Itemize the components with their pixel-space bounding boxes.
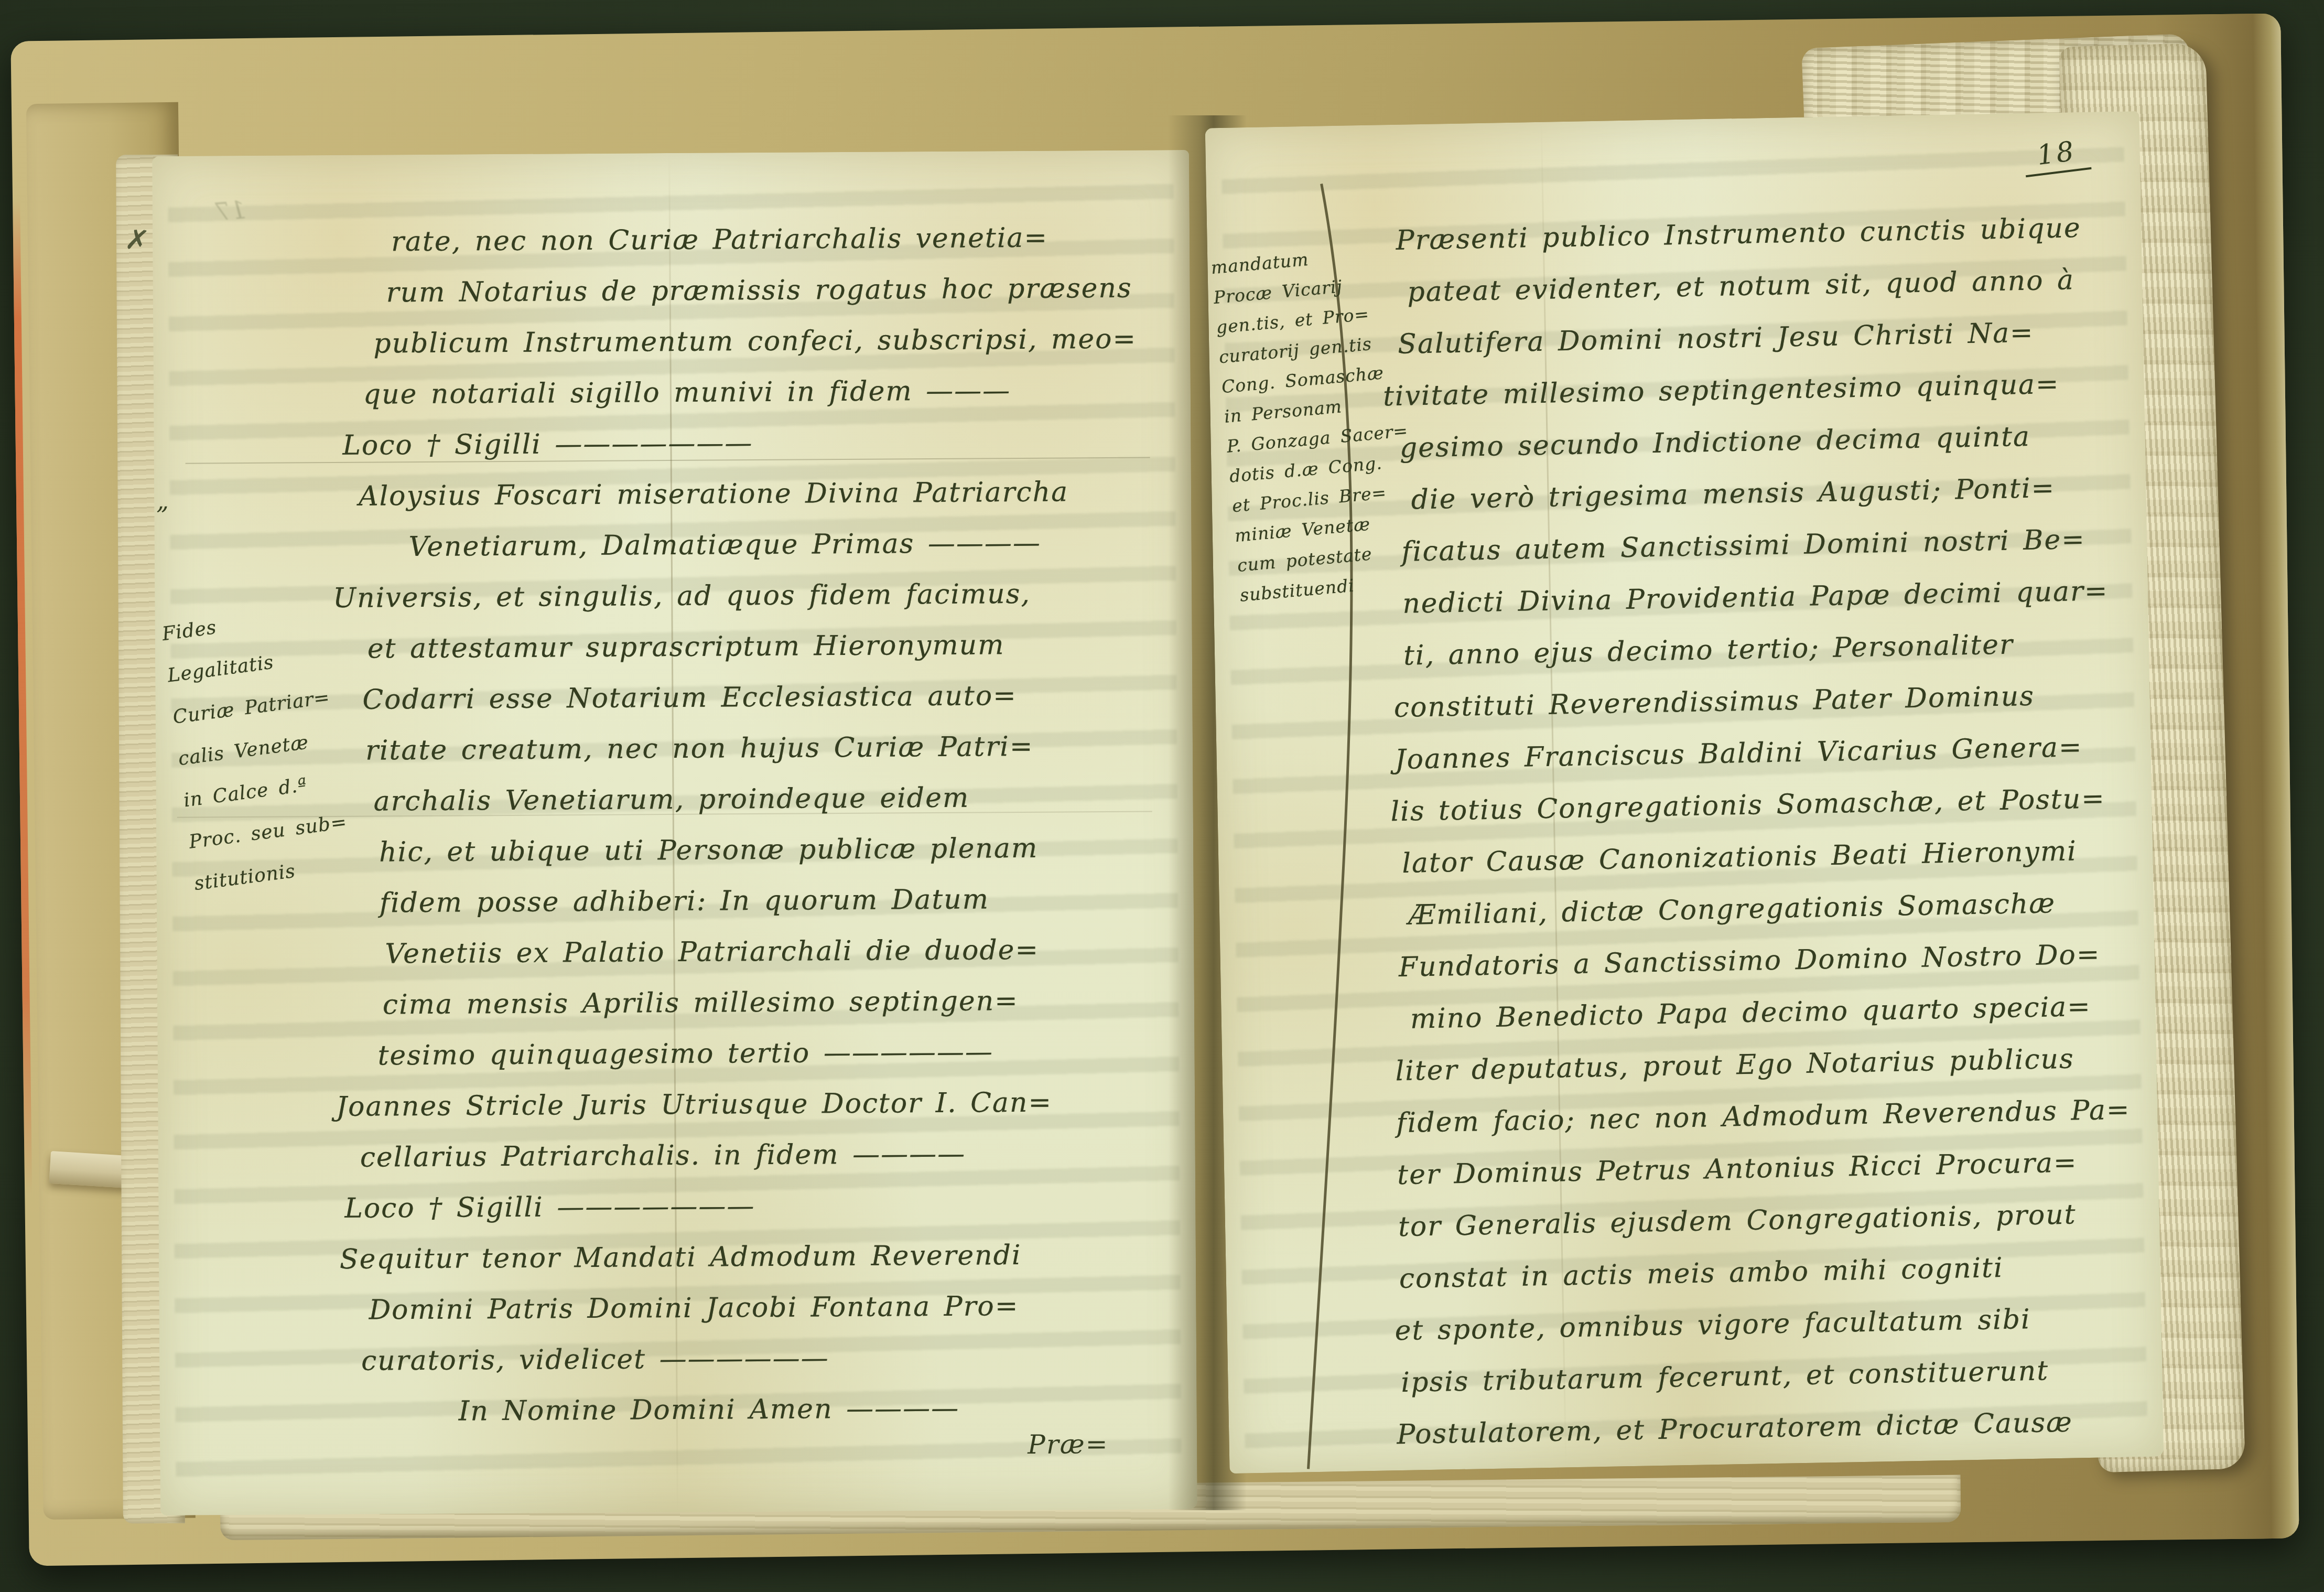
manuscript-text-line: ritate creatum, nec non hujus Curiæ Patr… [365, 721, 1139, 777]
manuscript-text-line: fidem posse adhiberi: In quorum Datum [380, 874, 1140, 929]
left-page-text: rate, nec non Curiæ Patriarchalis veneti… [326, 212, 1143, 1438]
catchword: Præ= [1028, 1429, 1109, 1460]
manuscript-text-line: Joannes Stricle Juris Utriusque Doctor I… [336, 1077, 1141, 1133]
manuscript-text-line: et attestamur suprascriptum Hieronymum [367, 619, 1139, 675]
manuscript-text-line: Domini Patris Domini Jacobi Fontana Pro= [369, 1281, 1142, 1336]
manuscript-text-line: curatoris, videlicet —————— [361, 1331, 1143, 1387]
manuscript-text-line: que notariali sigillo munivi in fidem ——… [363, 365, 1137, 421]
manuscript-text-line: publicum Instrumentum confeci, subscrips… [373, 314, 1137, 370]
manuscript-text-line: tesimo quinquagesimo tertio —————— [377, 1026, 1141, 1082]
manuscript-text-line: Aloysius Foscari miseratione Divina Patr… [359, 467, 1138, 522]
right-page: 18 mandatumProcæ Vicarijgen.tis, et Pro=… [1205, 111, 2164, 1473]
manuscript-text-line: Sequitur tenor Mandati Admodum Reverendi [340, 1230, 1142, 1285]
margin-quote-mark: „ [156, 487, 169, 515]
left-page: 17 ✗ „ FidesLegalitatisCuriæ Patriar=cal… [152, 150, 1197, 1515]
manuscript-text-line: Codarri esse Notarium Ecclesiastica auto… [362, 670, 1139, 726]
manuscript-text-line: cima mensis Aprilis millesimo septingen= [383, 975, 1141, 1031]
manuscript-text-line: archalis Venetiarum, proindeque eidem [373, 772, 1139, 827]
manuscript-text-line: Loco † Sigilli ——————— [342, 416, 1137, 471]
manuscript-text-line: rate, nec non Curiæ Patriarchalis veneti… [391, 212, 1136, 268]
manuscript-photo: 17 ✗ „ FidesLegalitatisCuriæ Patriar=cal… [0, 0, 2324, 1592]
ghost-page-number-17: 17 [214, 196, 247, 226]
manuscript-text-line: Loco † Sigilli ——————— [344, 1179, 1142, 1234]
manuscript-text-line: Venetiarum, Dalmatiæque Primas ———— [408, 518, 1138, 573]
marginal-reference-mark: ✗ [123, 222, 151, 258]
manuscript-text-line: hic, et ubique uti Personæ publicæ plena… [379, 823, 1140, 878]
manuscript-text-line: Universis, et singulis, ad quos fidem fa… [333, 568, 1138, 624]
manuscript-text-line: rum Notarius de præmissis rogatus hoc pr… [386, 263, 1136, 319]
right-page-text: Præsenti publico Instrumento cunctis ubi… [1364, 202, 2137, 1461]
manuscript-text-line: cellarius Patriarchalis. in fidem ———— [360, 1128, 1141, 1184]
manuscript-text-line: Venetiis ex Palatio Patriarchali die duo… [385, 924, 1140, 980]
